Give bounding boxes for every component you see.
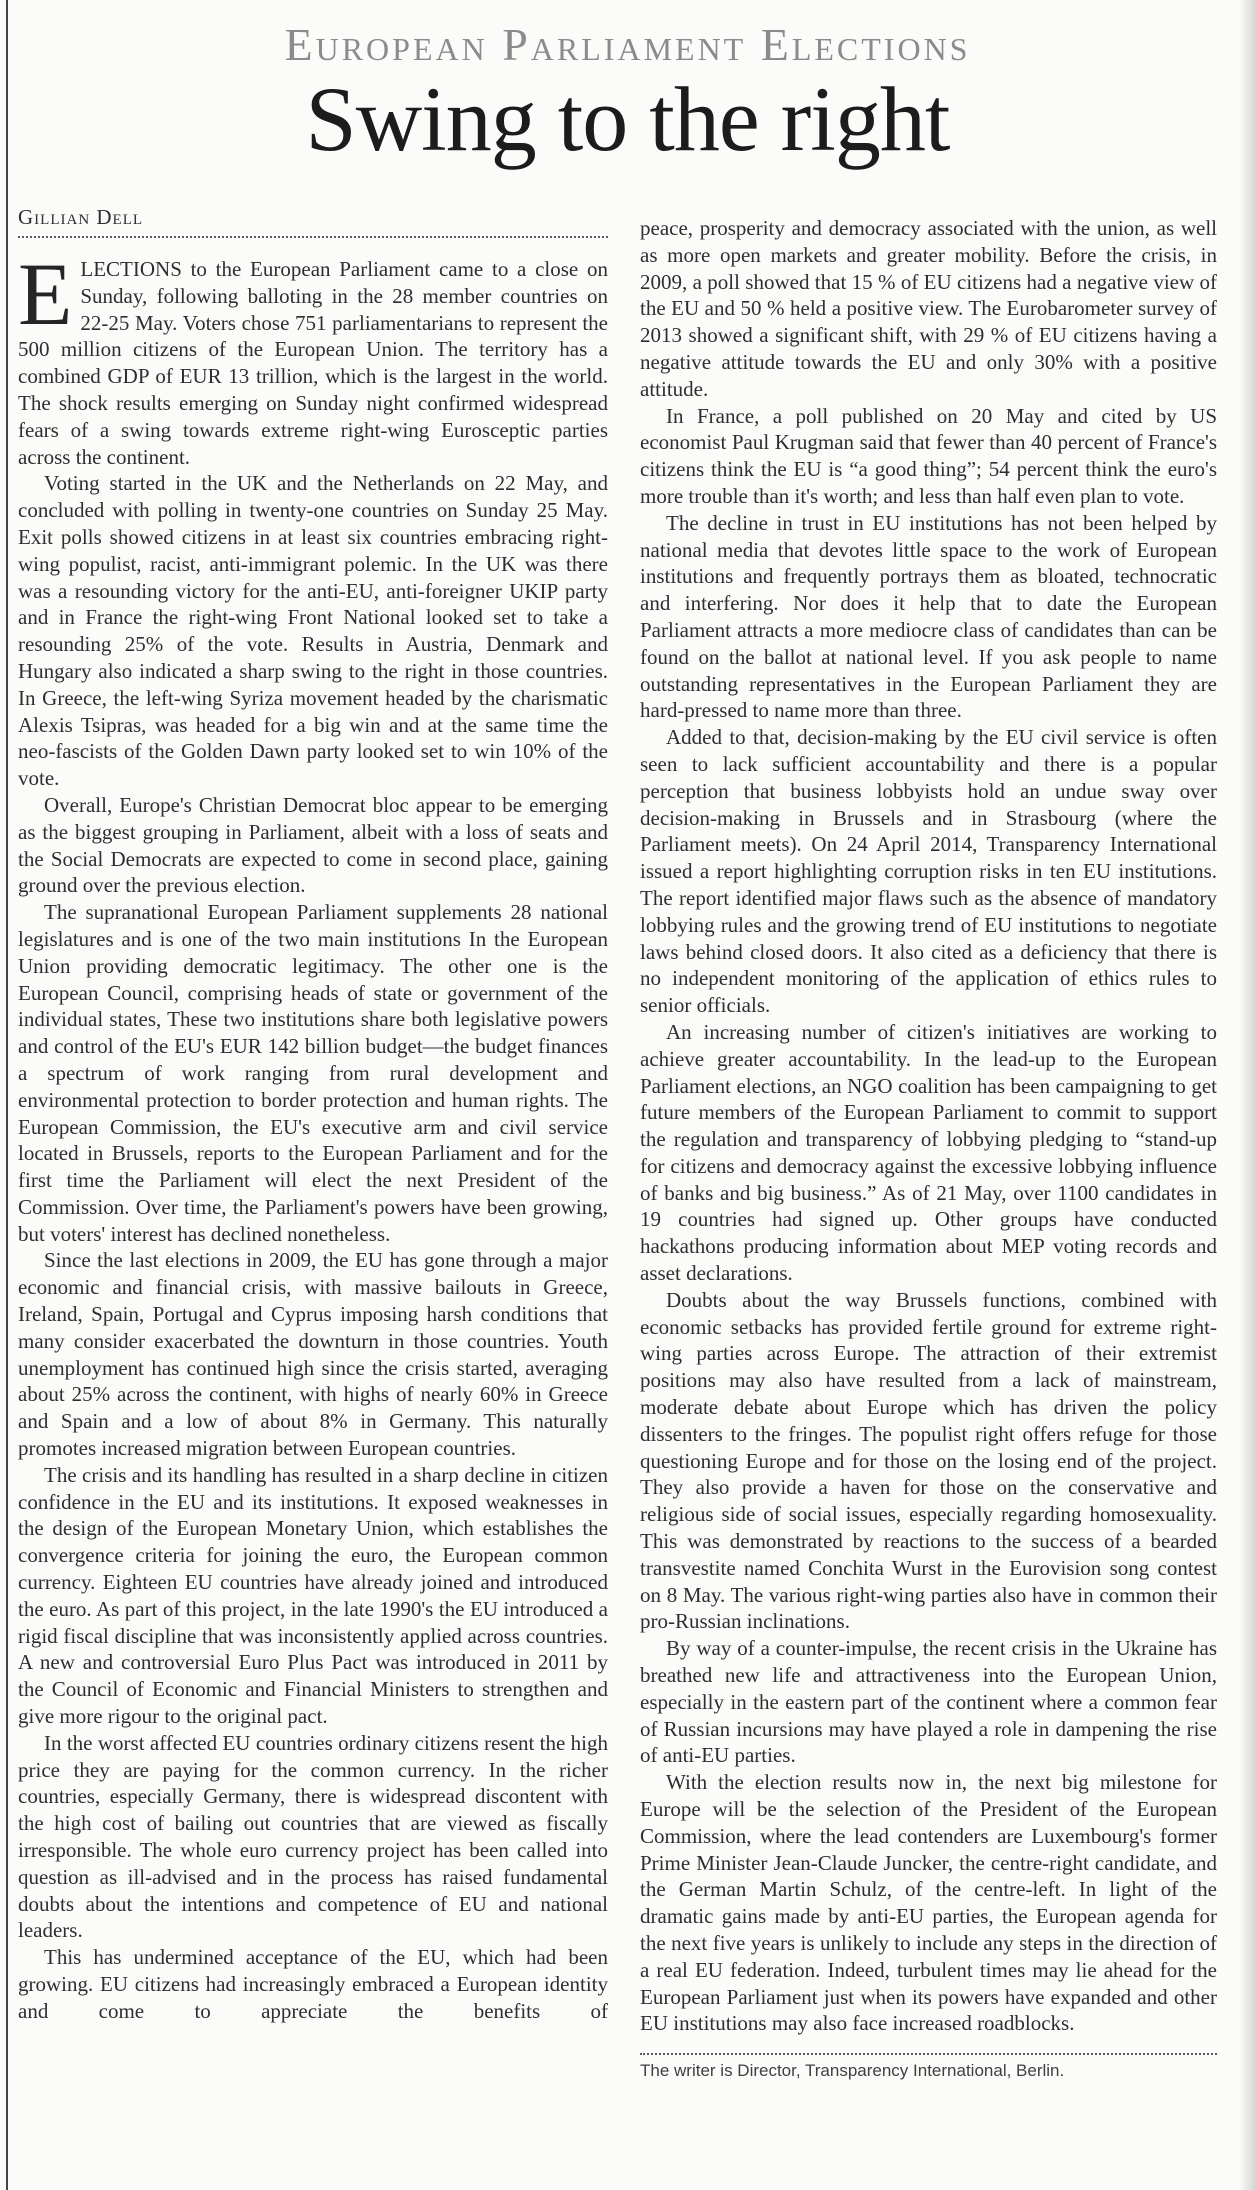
paragraph: In France, a poll published on 20 May an… <box>640 403 1217 510</box>
column-left: Gillian Dell ELECTIONS to the European P… <box>18 205 608 2025</box>
paragraph: The supranational European Parliament su… <box>18 899 608 1247</box>
page-edge-line <box>6 0 8 2190</box>
paragraph: An increasing number of citizen's initia… <box>640 1019 1217 1287</box>
footer-note: The writer is Director, Transparency Int… <box>640 2061 1217 2081</box>
paragraph: peace, prosperity and democracy associat… <box>640 215 1217 403</box>
paragraph-text: LECTIONS to the European Parliament came… <box>18 257 608 469</box>
kicker: European Parliament Elections <box>0 20 1255 71</box>
paragraph: Overall, Europe's Christian Democrat blo… <box>18 792 608 899</box>
byline: Gillian Dell <box>18 205 608 229</box>
body-text-right: peace, prosperity and democracy associat… <box>640 215 1217 2037</box>
paragraph: Voting started in the UK and the Netherl… <box>18 470 608 792</box>
paragraph: The decline in trust in EU institutions … <box>640 510 1217 724</box>
paragraph: ELECTIONS to the European Parliament cam… <box>18 256 608 470</box>
body-text-left: ELECTIONS to the European Parliament cam… <box>18 256 608 2025</box>
paragraph: With the election results now in, the ne… <box>640 1769 1217 2037</box>
footer-rule <box>640 2051 1217 2055</box>
column-right: peace, prosperity and democracy associat… <box>640 205 1217 2081</box>
dropcap-letter: E <box>18 256 80 330</box>
page-edge-shade <box>1239 0 1255 2190</box>
paragraph: In the worst affected EU countries ordin… <box>18 1730 608 1944</box>
masthead: European Parliament Elections Swing to t… <box>0 0 1255 166</box>
paragraph: Added to that, decision-making by the EU… <box>640 724 1217 1019</box>
paragraph: By way of a counter-impulse, the recent … <box>640 1635 1217 1769</box>
paragraph: Since the last elections in 2009, the EU… <box>18 1247 608 1461</box>
paragraph: The crisis and its handling has resulted… <box>18 1462 608 1730</box>
paragraph: This has undermined acceptance of the EU… <box>18 1944 608 2024</box>
paragraph: Doubts about the way Brussels functions,… <box>640 1287 1217 1635</box>
byline-rule <box>18 234 608 238</box>
page-title: Swing to the right <box>0 73 1255 167</box>
